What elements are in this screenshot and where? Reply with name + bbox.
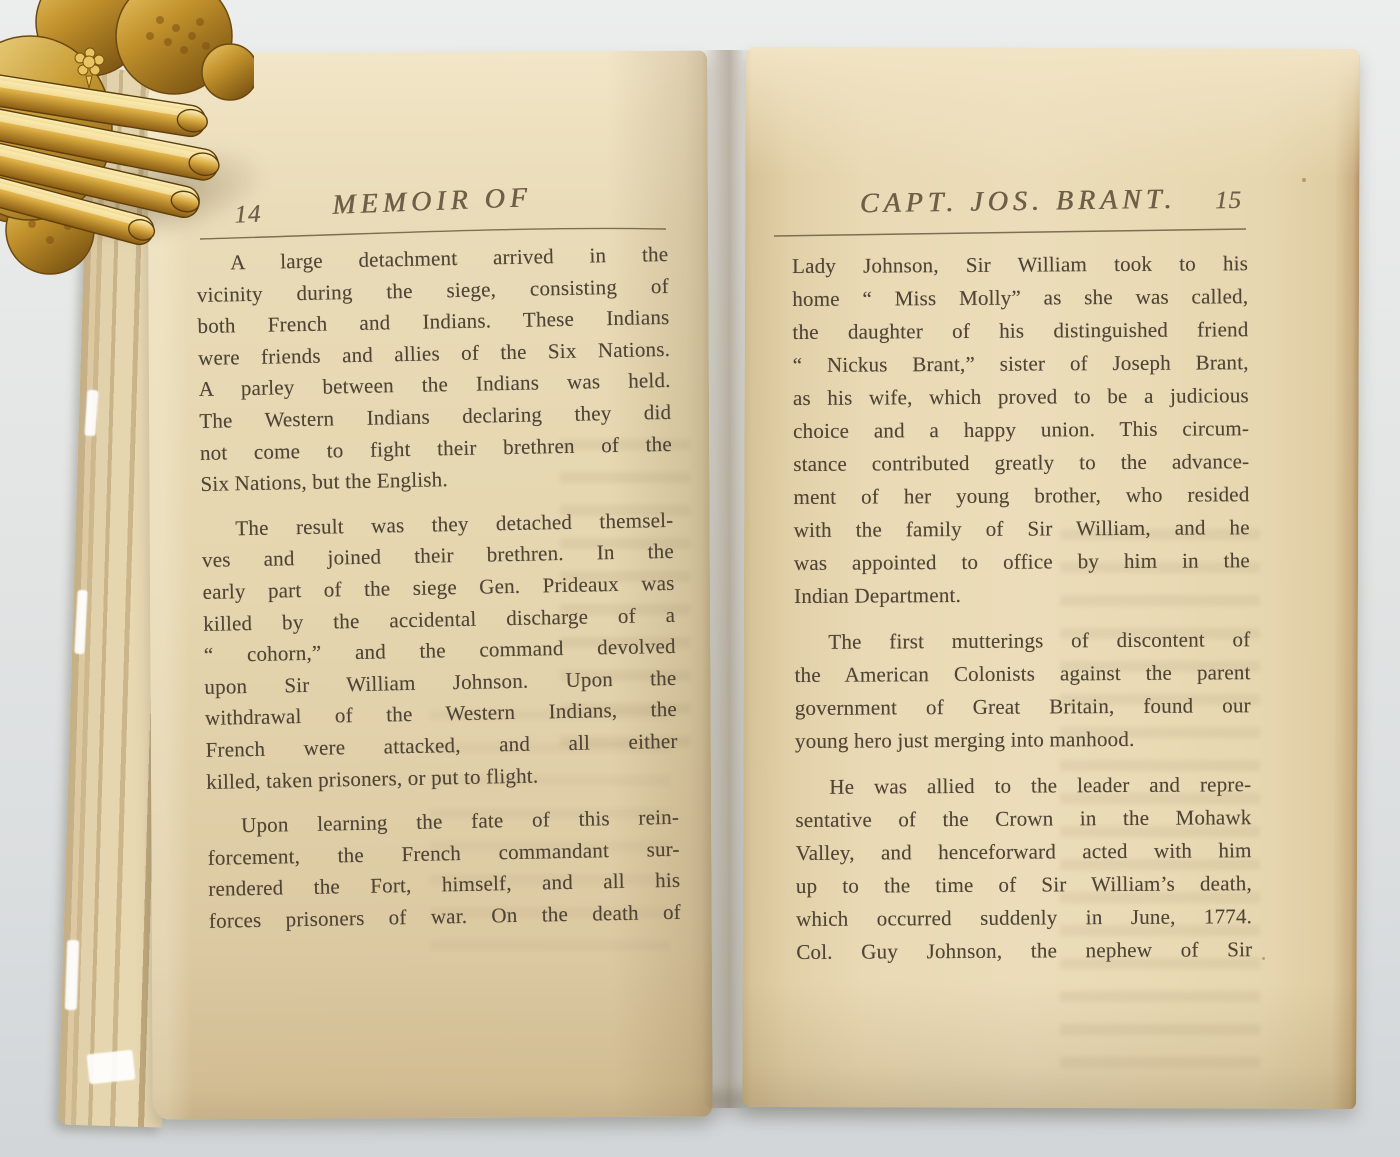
text-line: the daughter of his distinguished friend (792, 313, 1248, 349)
text-line: young hero just merging into manhood. (795, 722, 1251, 758)
page-edge-tape-patch (65, 940, 79, 1010)
paragraph: A large detachment arrived in thevicinit… (196, 239, 673, 501)
right-header-rule (772, 224, 1248, 240)
left-page-text: A large detachment arrived in thevicinit… (196, 239, 681, 937)
text-line: home “ Miss Molly” as she was called, (792, 280, 1248, 316)
text-line: The first mutterings of discontent of (794, 623, 1250, 659)
foxing-speck (455, 262, 458, 265)
book-gutter-shadow (702, 50, 752, 1108)
text-line: which occurred suddenly in June, 1774. (796, 900, 1252, 936)
text-line: Lady Johnson, Sir William took to his (792, 247, 1248, 283)
text-line: the American Colonists against the paren… (794, 656, 1250, 692)
text-line: with the family of Sir William, and he (794, 511, 1250, 547)
right-page-number: 15 (1215, 187, 1242, 215)
text-line: was appointed to office by him in the (794, 544, 1250, 580)
paragraph: Upon learning the fate of this rein-forc… (207, 802, 681, 937)
text-line: choice and a happy union. This circum- (793, 412, 1249, 448)
text-line: He was allied to the leader and repre- (795, 768, 1251, 804)
left-header-rule (198, 222, 670, 242)
text-line: Valley, and henceforward acted with him (796, 834, 1252, 870)
text-line: up to the time of Sir William’s death, (796, 867, 1252, 903)
paragraph: He was allied to the leader and repre-se… (795, 768, 1252, 969)
text-line: ment of her young brother, who resided (793, 478, 1249, 514)
photo-backdrop: 14 MEMOIR OF CAPT. JOS. BRANT. 15 A larg… (0, 0, 1400, 1157)
paragraph: The first mutterings of discontent ofthe… (794, 623, 1251, 758)
brass-hand-clip (0, 0, 254, 280)
paragraph: Lady Johnson, Sir William took to hishom… (792, 247, 1250, 613)
right-page-text: Lady Johnson, Sir William took to hishom… (792, 247, 1252, 969)
right-page-header: CAPT. JOS. BRANT. 15 (792, 183, 1244, 221)
page-edge-tape-patch (87, 1050, 136, 1085)
foxing-speck (1262, 957, 1265, 960)
text-line: government of Great Britain, found our (795, 689, 1251, 725)
right-running-header: CAPT. JOS. BRANT. (792, 183, 1244, 221)
paragraph: The result was they detached themsel-ves… (201, 505, 678, 798)
text-line: as his wife, which proved to be a judici… (793, 379, 1249, 415)
foxing-speck (1302, 178, 1306, 182)
text-line: “ Nickus Brant,” sister of Joseph Brant, (793, 346, 1249, 382)
text-line: Indian Department. (794, 577, 1250, 613)
text-line: sentative of the Crown in the Mohawk (795, 801, 1251, 837)
text-line: Col. Guy Johnson, the nephew of Sir (796, 933, 1252, 969)
text-line: stance contributed greatly to the advanc… (793, 445, 1249, 481)
